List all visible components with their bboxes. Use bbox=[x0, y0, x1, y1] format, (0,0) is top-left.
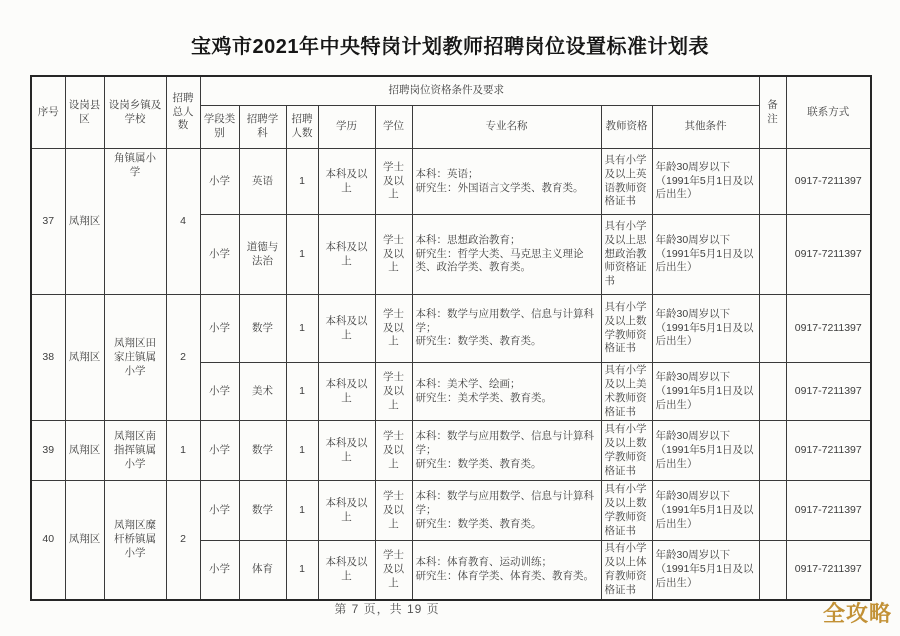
cell-subject: 英语 bbox=[239, 149, 286, 215]
cell-degree: 学士及以上 bbox=[375, 295, 412, 363]
cell-subject: 数学 bbox=[239, 481, 286, 541]
header-subject: 招聘学科 bbox=[239, 106, 286, 149]
cell-degree: 学士及以上 bbox=[375, 215, 412, 295]
table-row: 37凤翔区凤翔区彪角镇属小学4小学英语1本科及以上学士及以上本科：英语； 研究生… bbox=[31, 149, 871, 215]
cell-cert: 具有小学及以上思想政治教师资格证书 bbox=[601, 215, 652, 295]
cell-stage: 小学 bbox=[200, 363, 239, 421]
cell-cert: 具有小学及以上英语教师资格证书 bbox=[601, 149, 652, 215]
table-row: 39凤翔区凤翔区南指挥镇属小学1小学数学1本科及以上学士及以上本科：数学与应用数… bbox=[31, 421, 871, 481]
header-qualification-group: 招聘岗位资格条件及要求 bbox=[200, 76, 759, 106]
cell-total: 1 bbox=[166, 421, 200, 481]
header-stage: 学段类别 bbox=[200, 106, 239, 149]
cell-stage: 小学 bbox=[200, 149, 239, 215]
cell-major: 本科：体育教育、运动训练； 研究生：体育学类、体育类、教育类。 bbox=[412, 541, 601, 600]
cell-county: 凤翔区 bbox=[65, 481, 104, 600]
cell-other: 年龄30周岁以下 （1991年5月1日及以后出生） bbox=[652, 541, 759, 600]
cell-school: 凤翔区糜杆桥镇属小学 bbox=[104, 481, 166, 600]
cell-remark bbox=[759, 215, 786, 295]
cell-count: 1 bbox=[286, 481, 318, 541]
cell-remark bbox=[759, 295, 786, 363]
cell-subject: 体育 bbox=[239, 541, 286, 600]
cell-school: 凤翔区田家庄镇属小学 bbox=[104, 295, 166, 421]
cell-contact: 0917-7211397 bbox=[786, 481, 871, 541]
cell-contact: 0917-7211397 bbox=[786, 149, 871, 215]
cell-remark bbox=[759, 421, 786, 481]
header-school: 设岗乡镇及学校 bbox=[104, 76, 166, 149]
cell-other: 年龄30周岁以下 （1991年5月1日及以后出生） bbox=[652, 215, 759, 295]
cell-degree: 学士及以上 bbox=[375, 149, 412, 215]
cell-subject: 数学 bbox=[239, 295, 286, 363]
cell-count: 1 bbox=[286, 363, 318, 421]
header-other: 其他条件 bbox=[652, 106, 759, 149]
cell-remark bbox=[759, 363, 786, 421]
page-title: 宝鸡市2021年中央特岗计划教师招聘岗位设置标准计划表 bbox=[0, 30, 900, 59]
cell-degree: 学士及以上 bbox=[375, 363, 412, 421]
cell-subject: 数学 bbox=[239, 421, 286, 481]
cell-other: 年龄30周岁以下 （1991年5月1日及以后出生） bbox=[652, 363, 759, 421]
cell-major: 本科：美术学、绘画； 研究生：美术学类、教育类。 bbox=[412, 363, 601, 421]
cell-education: 本科及以上 bbox=[318, 421, 375, 481]
cell-total: 2 bbox=[166, 481, 200, 600]
cell-cert: 具有小学及以上美术教师资格证书 bbox=[601, 363, 652, 421]
cell-school: 凤翔区彪角镇属小学 bbox=[104, 149, 166, 295]
cell-major: 本科：英语； 研究生：外国语言文学类、教育类。 bbox=[412, 149, 601, 215]
cell-education: 本科及以上 bbox=[318, 295, 375, 363]
table-header: 序号 设岗县区 设岗乡镇及学校 招聘总人数 招聘岗位资格条件及要求 备注 联系方… bbox=[31, 76, 871, 149]
cell-stage: 小学 bbox=[200, 481, 239, 541]
cell-remark bbox=[759, 481, 786, 541]
cell-county: 凤翔区 bbox=[65, 421, 104, 481]
cell-county: 凤翔区 bbox=[65, 149, 104, 295]
cell-seq: 38 bbox=[31, 295, 65, 421]
header-contact: 联系方式 bbox=[786, 76, 871, 149]
cell-education: 本科及以上 bbox=[318, 363, 375, 421]
header-remark: 备注 bbox=[759, 76, 786, 149]
header-count: 招聘人数 bbox=[286, 106, 318, 149]
cell-education: 本科及以上 bbox=[318, 149, 375, 215]
table-row: 38凤翔区凤翔区田家庄镇属小学2小学数学1本科及以上学士及以上本科：数学与应用数… bbox=[31, 295, 871, 363]
cell-seq: 40 bbox=[31, 481, 65, 600]
watermark-text: 全攻略 bbox=[823, 597, 892, 628]
cell-stage: 小学 bbox=[200, 421, 239, 481]
cell-degree: 学士及以上 bbox=[375, 421, 412, 481]
header-major: 专业名称 bbox=[412, 106, 601, 149]
cell-stage: 小学 bbox=[200, 215, 239, 295]
cell-count: 1 bbox=[286, 541, 318, 600]
header-cert: 教师资格 bbox=[601, 106, 652, 149]
cell-count: 1 bbox=[286, 295, 318, 363]
cell-seq: 39 bbox=[31, 421, 65, 481]
cell-major: 本科：数学与应用数学、信息与计算科学； 研究生：数学类、教育类。 bbox=[412, 421, 601, 481]
cell-count: 1 bbox=[286, 215, 318, 295]
cell-contact: 0917-7211397 bbox=[786, 295, 871, 363]
cell-total: 4 bbox=[166, 149, 200, 295]
cell-major: 本科：思想政治教育； 研究生：哲学大类、马克思主义理论类、政治学类、教育类。 bbox=[412, 215, 601, 295]
cell-stage: 小学 bbox=[200, 295, 239, 363]
cell-cert: 具有小学及以上数学教师资格证书 bbox=[601, 421, 652, 481]
cell-remark bbox=[759, 541, 786, 600]
cell-education: 本科及以上 bbox=[318, 541, 375, 600]
cell-total: 2 bbox=[166, 295, 200, 421]
cell-school: 凤翔区南指挥镇属小学 bbox=[104, 421, 166, 481]
cell-count: 1 bbox=[286, 421, 318, 481]
cell-other: 年龄30周岁以下 （1991年5月1日及以后出生） bbox=[652, 295, 759, 363]
cell-education: 本科及以上 bbox=[318, 481, 375, 541]
cell-count: 1 bbox=[286, 149, 318, 215]
recruitment-plan-table: 序号 设岗县区 设岗乡镇及学校 招聘总人数 招聘岗位资格条件及要求 备注 联系方… bbox=[30, 75, 872, 601]
cell-contact: 0917-7211397 bbox=[786, 421, 871, 481]
cell-county: 凤翔区 bbox=[65, 295, 104, 421]
cell-major: 本科：数学与应用数学、信息与计算科学； 研究生：数学类、教育类。 bbox=[412, 481, 601, 541]
cell-contact: 0917-7211397 bbox=[786, 363, 871, 421]
cell-subject: 道德与法治 bbox=[239, 215, 286, 295]
cell-major: 本科：数学与应用数学、信息与计算科学； 研究生：数学类、教育类。 bbox=[412, 295, 601, 363]
header-county: 设岗县区 bbox=[65, 76, 104, 149]
cell-cert: 具有小学及以上数学教师资格证书 bbox=[601, 481, 652, 541]
cell-other: 年龄30周岁以下 （1991年5月1日及以后出生） bbox=[652, 149, 759, 215]
cell-other: 年龄30周岁以下 （1991年5月1日及以后出生） bbox=[652, 421, 759, 481]
cell-subject: 美术 bbox=[239, 363, 286, 421]
table-body: 37凤翔区凤翔区彪角镇属小学4小学英语1本科及以上学士及以上本科：英语； 研究生… bbox=[31, 149, 871, 600]
cell-contact: 0917-7211397 bbox=[786, 541, 871, 600]
cell-education: 本科及以上 bbox=[318, 215, 375, 295]
header-education: 学历 bbox=[318, 106, 375, 149]
cell-other: 年龄30周岁以下 （1991年5月1日及以后出生） bbox=[652, 481, 759, 541]
table-row: 40凤翔区凤翔区糜杆桥镇属小学2小学数学1本科及以上学士及以上本科：数学与应用数… bbox=[31, 481, 871, 541]
header-seq: 序号 bbox=[31, 76, 65, 149]
cell-degree: 学士及以上 bbox=[375, 481, 412, 541]
header-total: 招聘总人数 bbox=[166, 76, 200, 149]
scanned-document-page: { "page": { "title": "宝鸡市2021年中央特岗计划教师招聘… bbox=[0, 0, 900, 636]
cell-stage: 小学 bbox=[200, 541, 239, 600]
page-number: 第 7 页，共 19 页 bbox=[0, 600, 837, 617]
cell-seq: 37 bbox=[31, 149, 65, 295]
cell-remark bbox=[759, 149, 786, 215]
cell-cert: 具有小学及以上数学教师资格证书 bbox=[601, 295, 652, 363]
cell-cert: 具有小学及以上体育教师资格证书 bbox=[601, 541, 652, 600]
cell-contact: 0917-7211397 bbox=[786, 215, 871, 295]
header-degree: 学位 bbox=[375, 106, 412, 149]
header-row-1: 序号 设岗县区 设岗乡镇及学校 招聘总人数 招聘岗位资格条件及要求 备注 联系方… bbox=[31, 76, 871, 106]
cell-degree: 学士及以上 bbox=[375, 541, 412, 600]
